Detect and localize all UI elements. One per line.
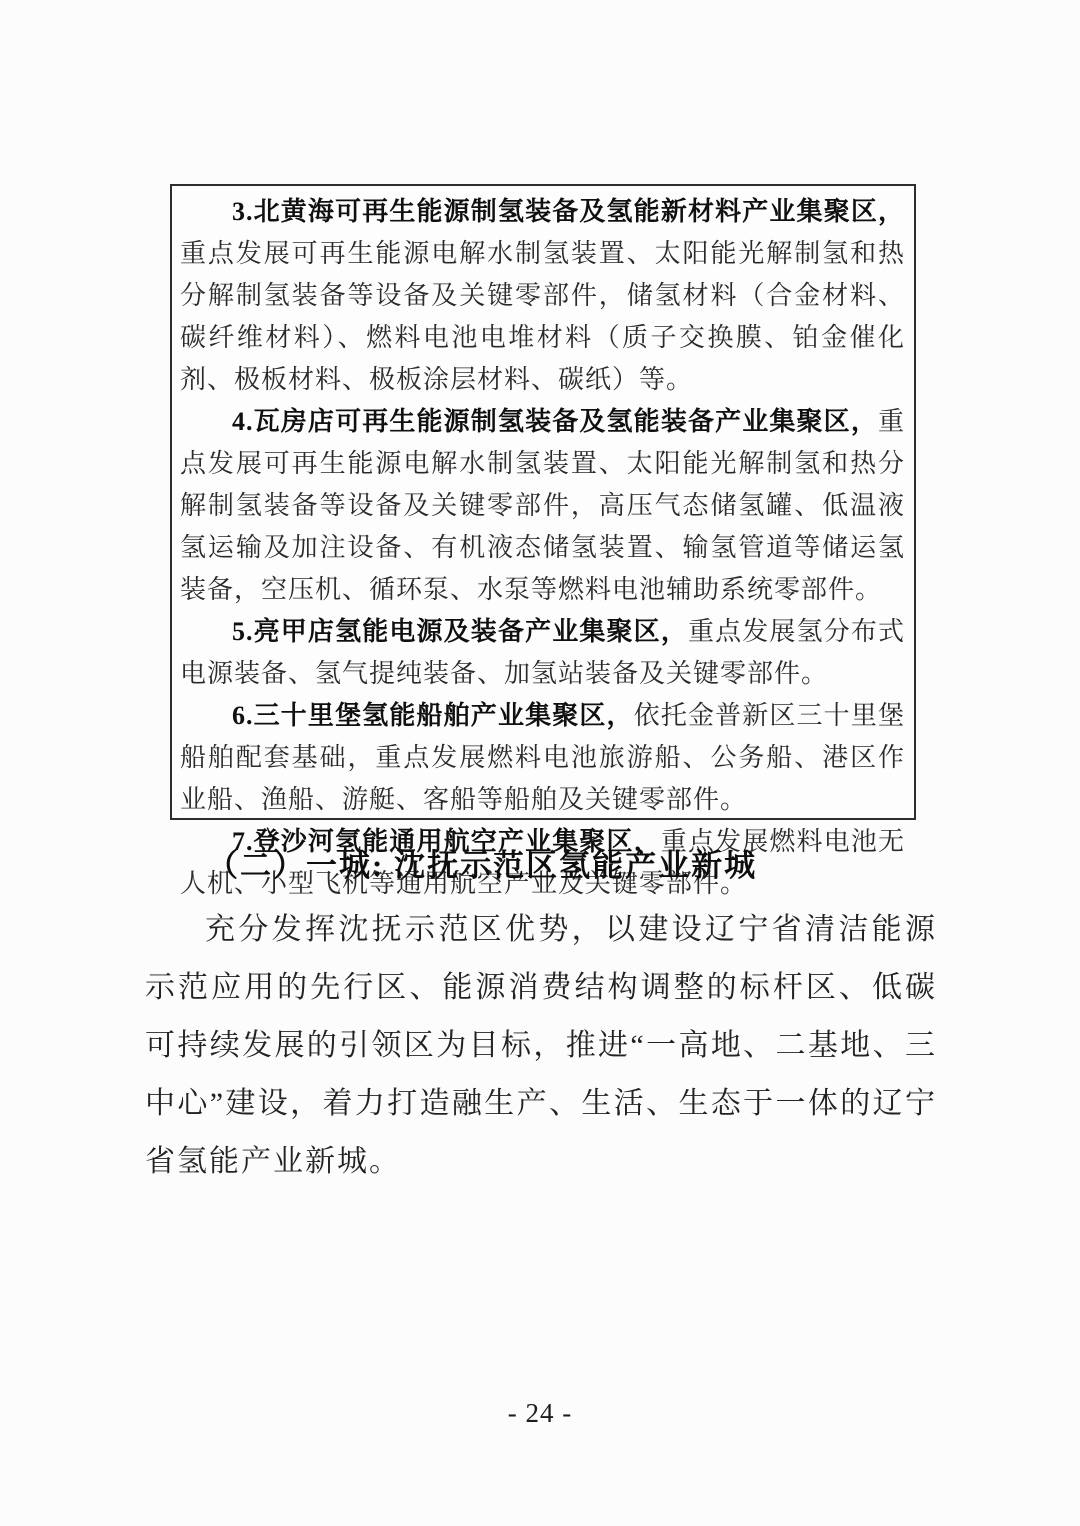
cluster-item-title: 5.亮甲店氢能电源及装备产业集聚区， xyxy=(232,617,688,646)
cluster-item: 3.北黄海可再生能源制氢装备及氢能新材料产业集聚区，重点发展可再生能源电解水制氢… xyxy=(180,191,905,401)
cluster-item: 5.亮甲店氢能电源及装备产业集聚区，重点发展氢分布式电源装备、氢气提纯装备、加氢… xyxy=(180,611,905,695)
cluster-item-description: 重点发展可再生能源电解水制氢装置、太阳能光解制氢和热分解制氢装备等设备及关键零部… xyxy=(180,407,905,604)
cluster-item-description: 重点发展可再生能源电解水制氢装置、太阳能光解制氢和热分解制氢装备等设备及关键零部… xyxy=(180,239,905,394)
document-page: 3.北黄海可再生能源制氢装备及氢能新材料产业集聚区，重点发展可再生能源电解水制氢… xyxy=(0,0,1080,1526)
cluster-item: 4.瓦房店可再生能源制氢装备及氢能装备产业集聚区，重点发展可再生能源电解水制氢装… xyxy=(180,401,905,611)
section-heading: （二）一城: 沈抚示范区氢能产业新城 xyxy=(145,845,937,887)
page-number: - 24 - xyxy=(0,1398,1080,1429)
section-paragraph: 充分发挥沈抚示范区优势，以建设辽宁省清洁能源示范应用的先行区、能源消费结构调整的… xyxy=(145,901,937,1191)
cluster-item-title: 4.瓦房店可再生能源制氢装备及氢能装备产业集聚区， xyxy=(232,407,878,436)
cluster-item-list: 3.北黄海可再生能源制氢装备及氢能新材料产业集聚区，重点发展可再生能源电解水制氢… xyxy=(180,191,905,905)
cluster-item-title: 6.三十里堡氢能船舶产业集聚区， xyxy=(232,701,634,730)
industry-cluster-box: 3.北黄海可再生能源制氢装备及氢能新材料产业集聚区，重点发展可再生能源电解水制氢… xyxy=(170,184,916,820)
cluster-item-title: 3.北黄海可再生能源制氢装备及氢能新材料产业集聚区， xyxy=(232,197,905,226)
cluster-item: 6.三十里堡氢能船舶产业集聚区，依托金普新区三十里堡船舶配套基础，重点发展燃料电… xyxy=(180,695,905,821)
